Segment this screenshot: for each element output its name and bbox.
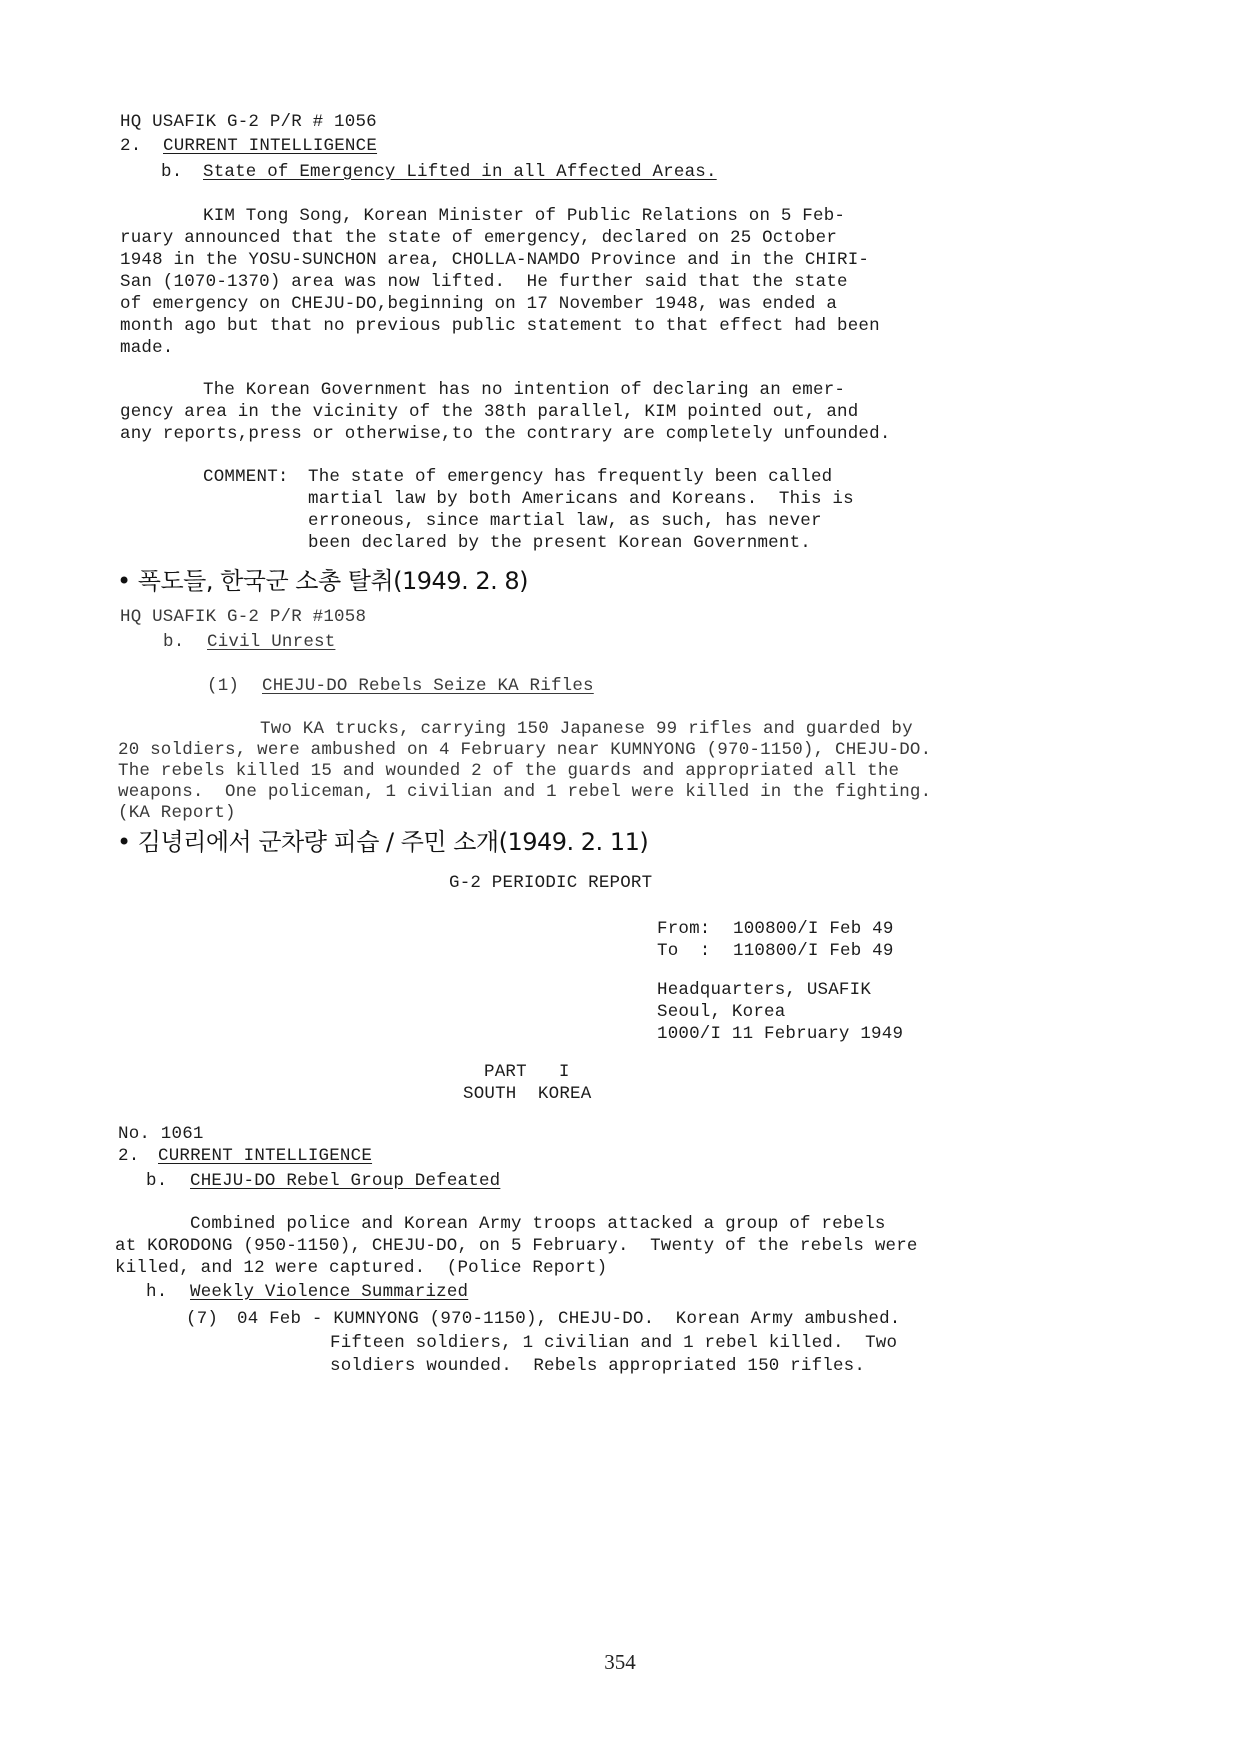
paragraph-line: 1948 in the YOSU-SUNCHON area, CHOLLA-NA… (120, 248, 869, 272)
document-page: HQ USAFIK G-2 P/R # 1056 2. CURRENT INTE… (0, 0, 1240, 1755)
report-title: G-2 PERIODIC REPORT (449, 871, 652, 895)
item-line: Fifteen soldiers, 1 civilian and 1 rebel… (330, 1331, 897, 1355)
section-number: 2. (120, 134, 141, 158)
location: Seoul, Korea (657, 1000, 785, 1024)
item-title: CHEJU-DO Rebels Seize KA Rifles (262, 674, 594, 698)
paragraph-line: (KA Report) (118, 801, 236, 825)
from-value: 100800/I Feb 49 (733, 917, 894, 941)
section-heading: CURRENT INTELLIGENCE (158, 1144, 372, 1168)
comment-line: erroneous, since martial law, as such, h… (308, 509, 822, 533)
subsection-letter: b. (161, 160, 182, 184)
paragraph-line: Combined police and Korean Army troops a… (190, 1212, 886, 1236)
paragraph-line: killed, and 12 were captured. (Police Re… (115, 1256, 607, 1280)
item-number: (1) (207, 674, 239, 698)
comment-line: been declared by the present Korean Gove… (308, 531, 811, 555)
comment-label: COMMENT: (203, 465, 289, 489)
item-line: soldiers wounded. Rebels appropriated 15… (330, 1354, 865, 1378)
paragraph-line: The Korean Government has no intention o… (203, 378, 845, 402)
part-label: PART I (484, 1060, 570, 1084)
subsection-letter: b. (163, 630, 184, 654)
paragraph-line: weapons. One policeman, 1 civilian and 1… (118, 780, 931, 804)
report-number: No. 1061 (118, 1122, 204, 1146)
paragraph-line: gency area in the vicinity of the 38th p… (120, 400, 858, 424)
subsection-title: CHEJU-DO Rebel Group Defeated (190, 1169, 500, 1193)
page-number: 354 (0, 1650, 1240, 1675)
comment-line: martial law by both Americans and Korean… (308, 487, 854, 511)
to-label: To : (657, 939, 711, 963)
region-label: SOUTH KOREA (463, 1082, 591, 1106)
paragraph-line: any reports,press or otherwise,to the co… (120, 422, 891, 446)
report-reference: HQ USAFIK G-2 P/R # 1056 (120, 110, 377, 134)
paragraph-line: of emergency on CHEJU-DO,beginning on 17… (120, 292, 837, 316)
paragraph-line: ruary announced that the state of emerge… (120, 226, 837, 250)
subsection-letter: h. (146, 1280, 167, 1304)
subsection-title: Weekly Violence Summarized (190, 1280, 468, 1304)
report-reference: HQ USAFIK G-2 P/R #1058 (120, 605, 366, 629)
korean-caption-heading: • 김녕리에서 군차량 피습 / 주민 소개(1949. 2. 11) (117, 827, 648, 857)
item-number: (7) (186, 1307, 218, 1331)
subsection-letter: b. (146, 1169, 167, 1193)
paragraph-line: at KORODONG (950-1150), CHEJU-DO, on 5 F… (115, 1234, 918, 1258)
comment-line: The state of emergency has frequently be… (308, 465, 832, 489)
subsection-title: State of Emergency Lifted in all Affecte… (203, 160, 717, 184)
section-heading: CURRENT INTELLIGENCE (163, 134, 377, 158)
report-date: 1000/I 11 February 1949 (657, 1022, 903, 1046)
paragraph-line: KIM Tong Song, Korean Minister of Public… (203, 204, 845, 228)
paragraph-line: month ago but that no previous public st… (120, 314, 880, 338)
korean-caption-heading: • 폭도들, 한국군 소총 탈취(1949. 2. 8) (117, 566, 528, 596)
subsection-title: Civil Unrest (207, 630, 335, 654)
headquarters: Headquarters, USAFIK (657, 978, 871, 1002)
paragraph-line: San (1070-1370) area was now lifted. He … (120, 270, 848, 294)
from-label: From: (657, 917, 711, 941)
paragraph-line: made. (120, 336, 174, 360)
to-value: 110800/I Feb 49 (733, 939, 894, 963)
item-line: 04 Feb - KUMNYONG (970-1150), CHEJU-DO. … (237, 1307, 901, 1331)
section-number: 2. (118, 1144, 139, 1168)
